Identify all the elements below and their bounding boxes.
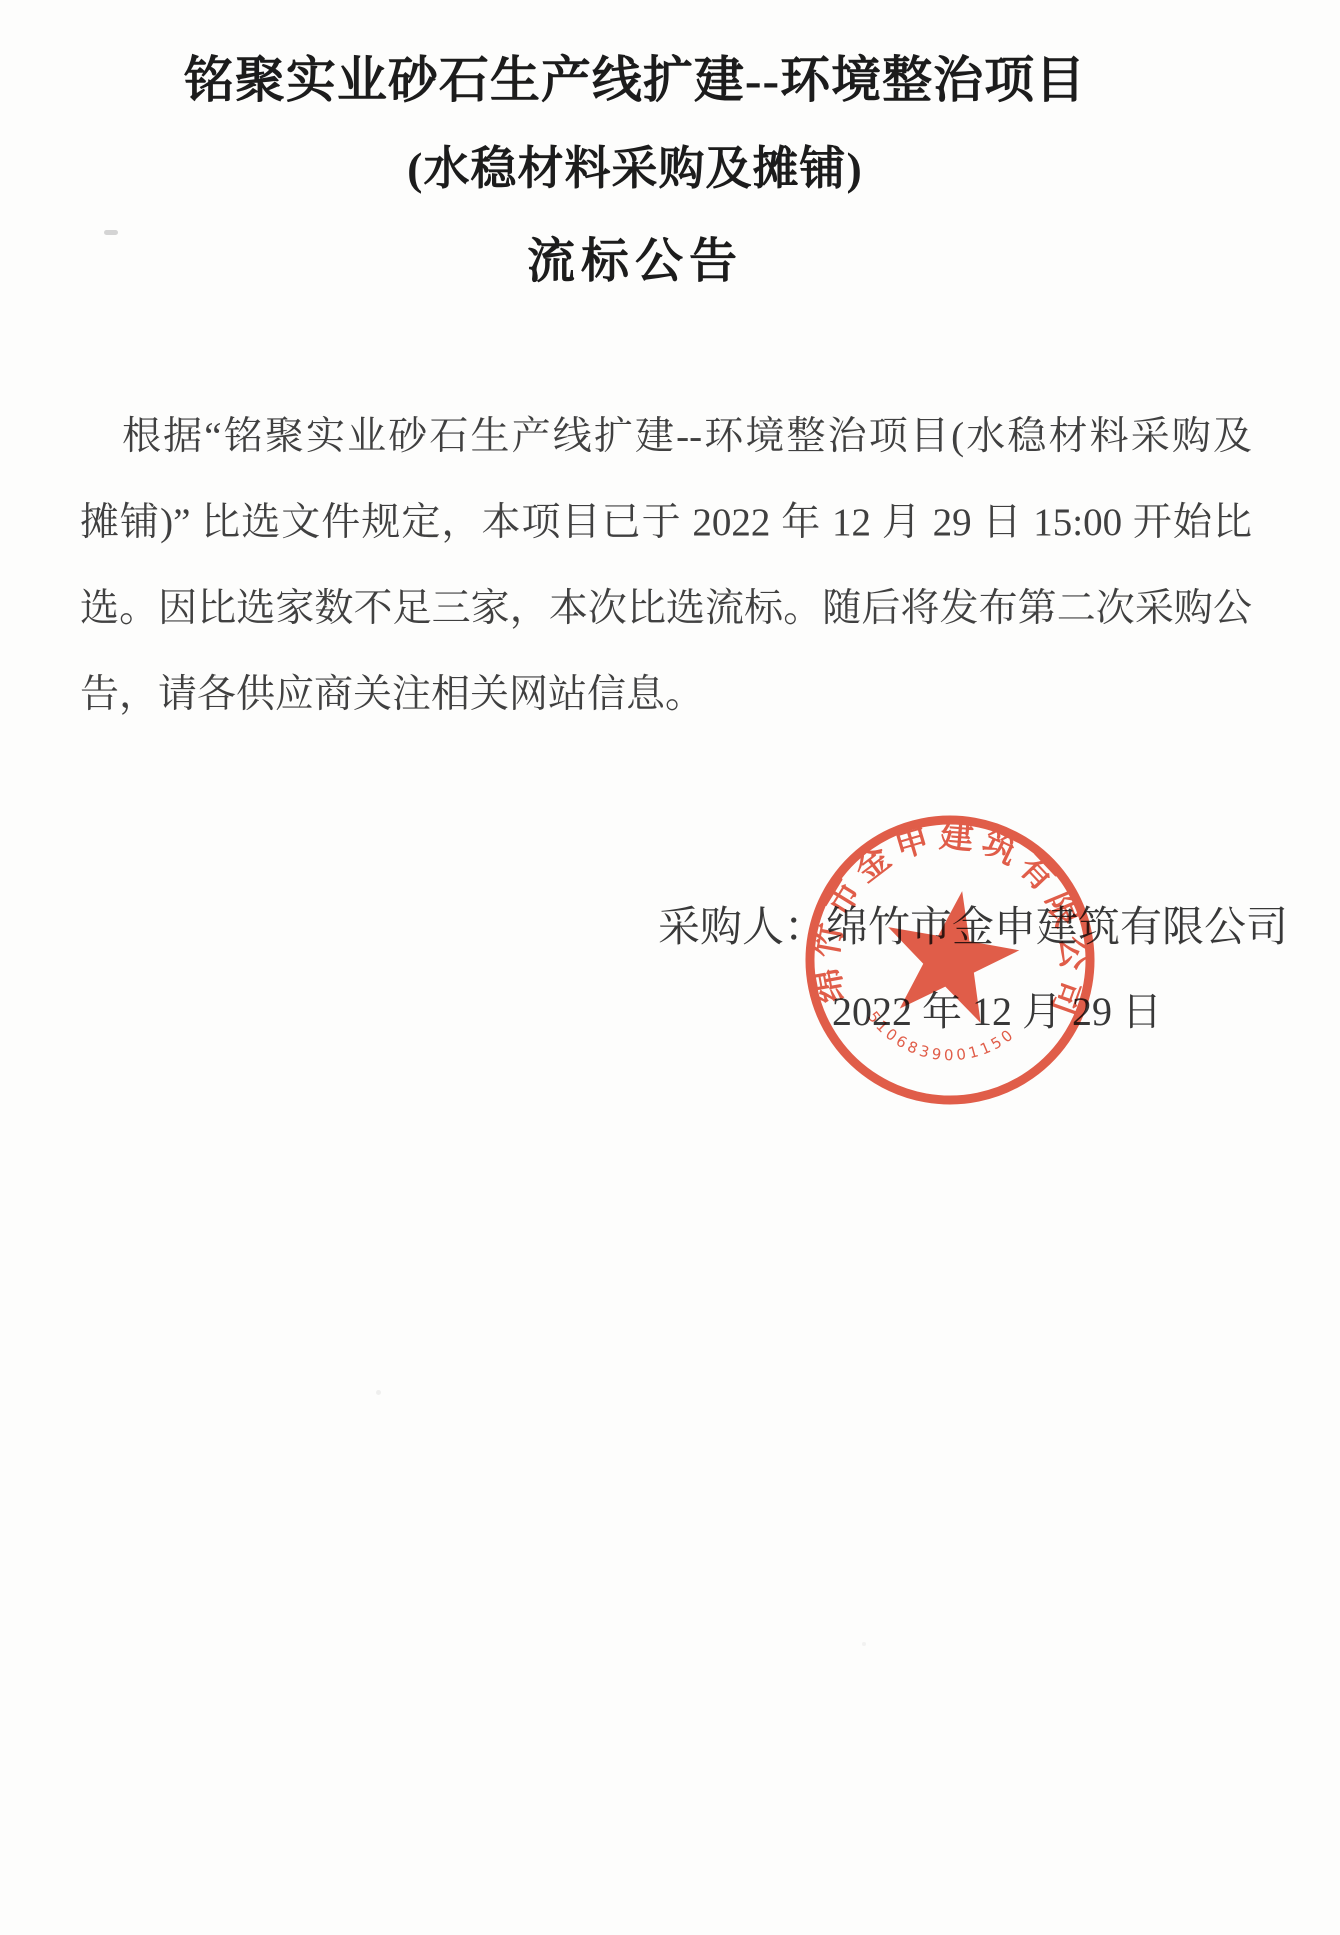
company-seal-graphic: 绵竹市金申建筑有限公司 5106839001150: [776, 786, 1124, 1134]
purchaser-signature-line: 采购人：绵竹市金申建筑有限公司: [658, 894, 1288, 954]
company-seal: 绵竹市金申建筑有限公司 5106839001150: [776, 786, 1124, 1134]
body-line-1: 根据“铭聚实业砂石生产线扩建--环境整治项目(水稳材料采购及: [80, 394, 1252, 480]
signature-date: 2022 年 12 月 29 日: [832, 980, 1162, 1037]
document-title-line1: 铭聚实业砂石生产线扩建--环境整治项目: [80, 40, 1190, 112]
document-title-line2: (水稳材料采购及摊铺): [80, 132, 1190, 198]
body-line-2: 摊铺)” 比选文件规定，本项目已于 2022 年 12 月 29 日 15:00…: [80, 480, 1252, 566]
scanned-document-page: 铭聚实业砂石生产线扩建--环境整治项目 (水稳材料采购及摊铺) 流标公告 根据“…: [0, 0, 1340, 1935]
scan-speck: [376, 1390, 381, 1395]
body-line-4: 告，请各供应商关注相关网站信息。: [80, 652, 1252, 738]
body-line-3: 选。因比选家数不足三家，本次比选流标。随后将发布第二次采购公: [80, 566, 1252, 652]
seal-ring-icon: [788, 798, 1112, 1122]
document-title-line3: 流标公告: [80, 222, 1190, 291]
document-body: 根据“铭聚实业砂石生产线扩建--环境整治项目(水稳材料采购及 摊铺)” 比选文件…: [80, 394, 1252, 738]
scan-speck: [104, 230, 118, 235]
scan-speck: [862, 1642, 866, 1646]
